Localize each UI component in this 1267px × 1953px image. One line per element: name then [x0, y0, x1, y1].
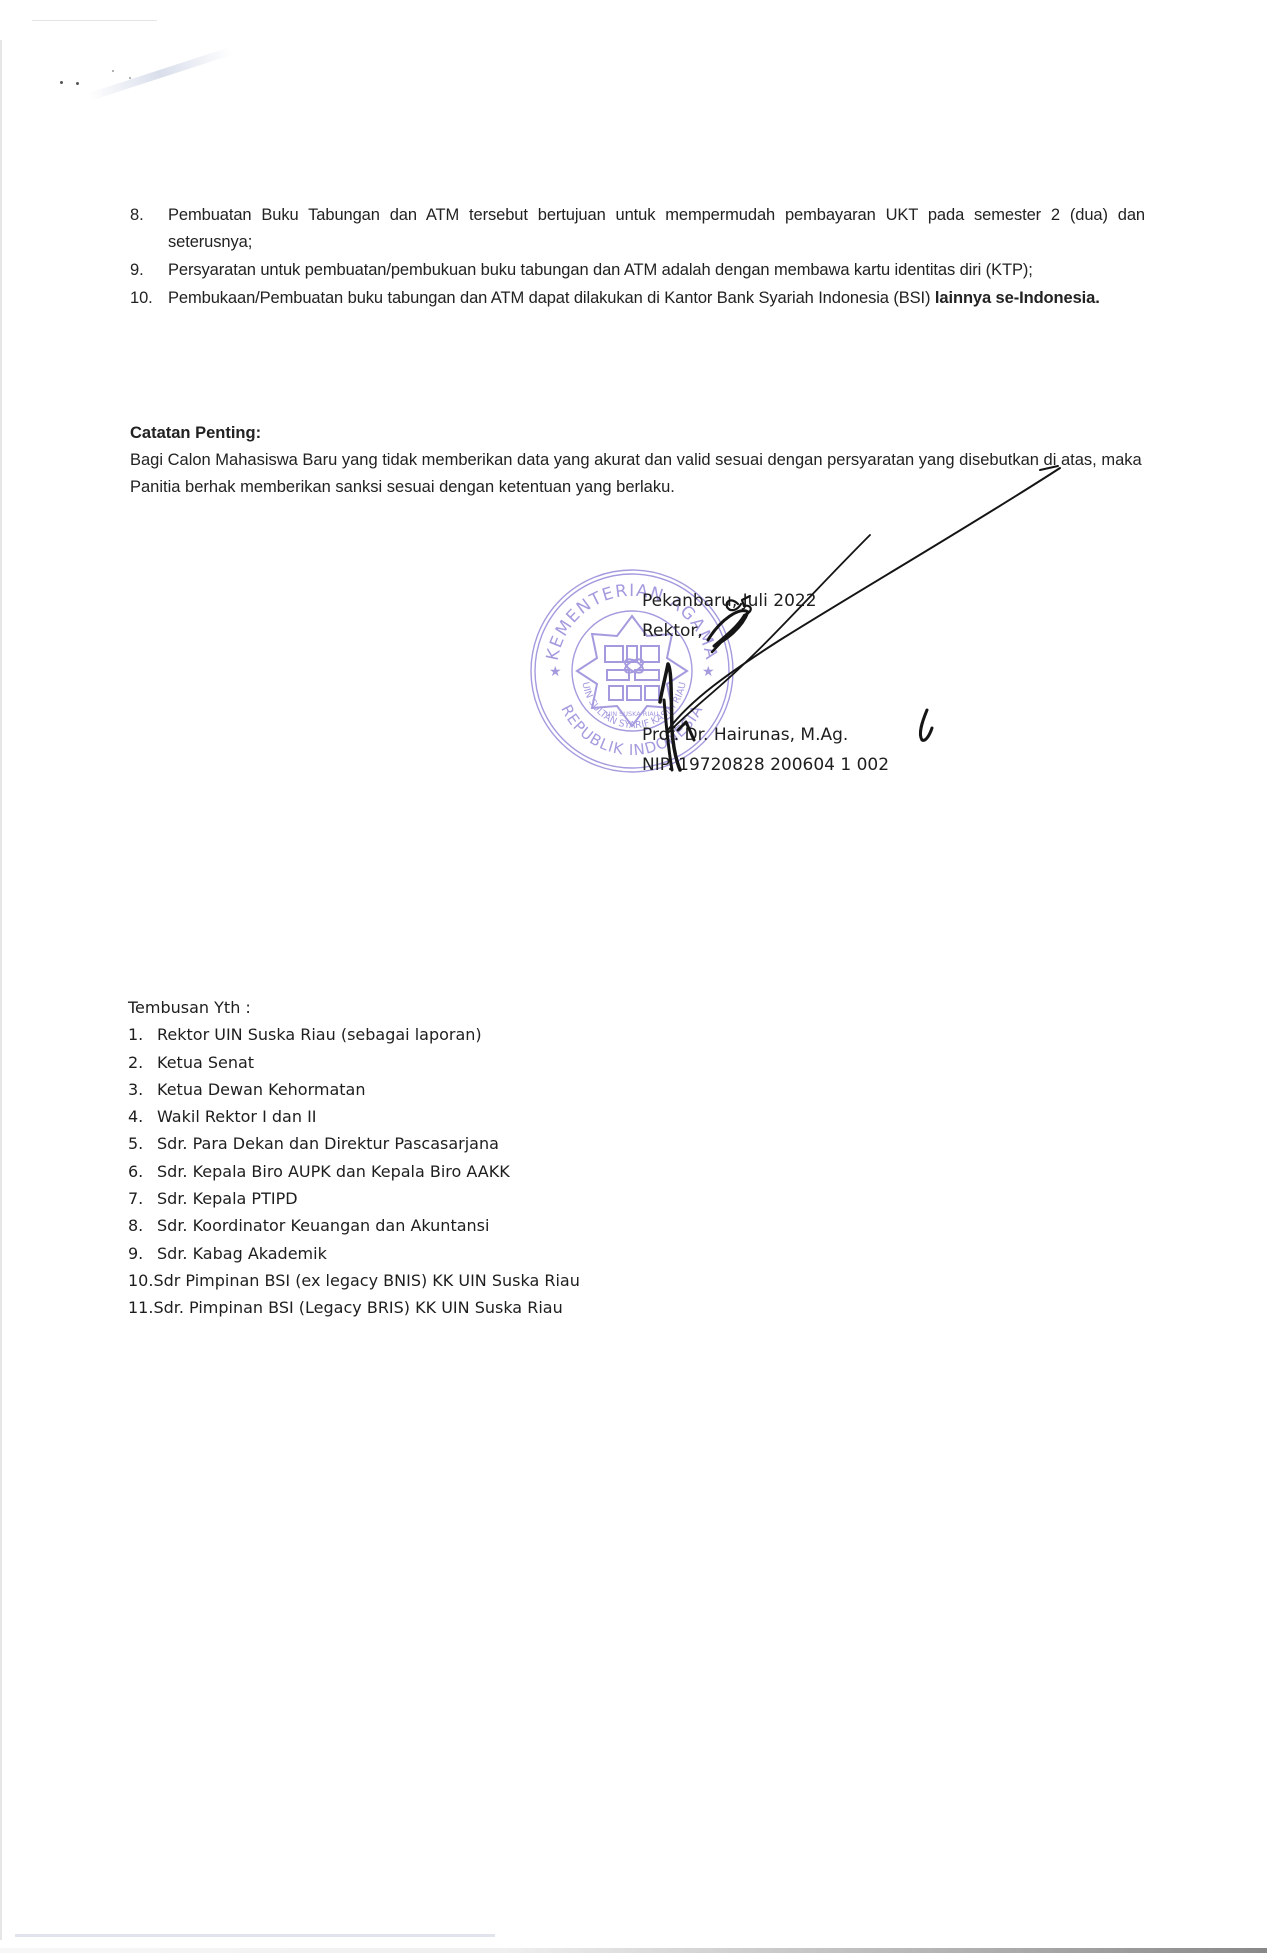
note-title: Catatan Penting: [130, 420, 1145, 447]
cc-list-item: 2. Ketua Senat [128, 1049, 580, 1076]
cc-item-number: 4. [128, 1103, 157, 1130]
cc-item-number: 5. [128, 1130, 157, 1157]
cc-item-number: 9. [128, 1240, 157, 1267]
cc-list-item: 10. Sdr Pimpinan BSI (ex legacy BNIS) KK… [128, 1267, 580, 1294]
cc-item-text: Sdr. Koordinator Keuangan dan Akuntansi [157, 1212, 489, 1239]
cc-item-text: Rektor UIN Suska Riau (sebagai laporan) [157, 1021, 482, 1048]
cc-item-text: Wakil Rektor I dan II [157, 1103, 317, 1130]
cc-item-text: Sdr. Kepala PTIPD [157, 1185, 298, 1212]
scan-smudge [15, 1934, 495, 1937]
scan-edge [0, 40, 2, 1940]
carbon-copy-section: Tembusan Yth : 1. Rektor UIN Suska Riau … [128, 994, 580, 1322]
list-item-text: Pembuatan Buku Tabungan dan ATM tersebut… [168, 202, 1145, 256]
cc-item-number: 11. [128, 1294, 153, 1321]
cc-list-item: 9. Sdr. Kabag Akademik [128, 1240, 580, 1267]
list-item-text: Persyaratan untuk pembuatan/pembukuan bu… [168, 257, 1145, 284]
requirements-list: 8. Pembuatan Buku Tabungan dan ATM terse… [130, 202, 1145, 313]
cc-list-item: 11. Sdr. Pimpinan BSI (Legacy BRIS) KK U… [128, 1294, 580, 1321]
stamp-star-icon: ★ [549, 664, 562, 680]
list-item: 9. Persyaratan untuk pembuatan/pembukuan… [130, 257, 1145, 284]
list-item: 8. Pembuatan Buku Tabungan dan ATM terse… [130, 202, 1145, 256]
cc-list-item: 7. Sdr. Kepala PTIPD [128, 1185, 580, 1212]
cc-item-text: Ketua Senat [157, 1049, 254, 1076]
scan-speck [60, 81, 63, 84]
cc-list-item: 1. Rektor UIN Suska Riau (sebagai lapora… [128, 1021, 580, 1048]
scan-smudge [87, 47, 232, 101]
cc-item-number: 3. [128, 1076, 157, 1103]
cc-item-text: Ketua Dewan Kehormatan [157, 1076, 366, 1103]
stamp-caption: UIN SUSKA RIAU [606, 710, 659, 718]
list-item-number: 10. [130, 285, 168, 312]
scan-speck [76, 82, 79, 85]
cc-item-text: Sdr. Pimpinan BSI (Legacy BRIS) KK UIN S… [153, 1294, 562, 1321]
scan-speck [112, 70, 114, 72]
list-item-number: 9. [130, 257, 168, 284]
scan-edge [0, 1948, 1267, 1953]
scan-artifact [32, 20, 157, 21]
stamp-star-icon: ★ [702, 664, 715, 680]
cc-item-number: 10. [128, 1267, 153, 1294]
cc-item-text: Sdr. Kabag Akademik [157, 1240, 327, 1267]
cc-list-item: 5. Sdr. Para Dekan dan Direktur Pascasar… [128, 1130, 580, 1157]
cc-item-text: Sdr Pimpinan BSI (ex legacy BNIS) KK UIN… [153, 1267, 579, 1294]
cc-item-text: Sdr. Kepala Biro AUPK dan Kepala Biro AA… [157, 1158, 510, 1185]
cc-list-item: 8. Sdr. Koordinator Keuangan dan Akuntan… [128, 1212, 580, 1239]
document-page: 8. Pembuatan Buku Tabungan dan ATM terse… [0, 0, 1267, 1953]
signatory-nip: NIP. 19720828 200604 1 002 [642, 750, 889, 780]
list-item-text: Pembukaan/Pembuatan buku tabungan dan AT… [168, 285, 1145, 312]
cc-item-number: 8. [128, 1212, 157, 1239]
cc-list-item: 6. Sdr. Kepala Biro AUPK dan Kepala Biro… [128, 1158, 580, 1185]
carbon-copy-title: Tembusan Yth : [128, 994, 580, 1021]
cc-list-item: 3. Ketua Dewan Kehormatan [128, 1076, 580, 1103]
note-body: Bagi Calon Mahasiswa Baru yang tidak mem… [130, 447, 1145, 501]
cc-item-number: 1. [128, 1021, 157, 1048]
cc-item-number: 2. [128, 1049, 157, 1076]
signatory-name: Prof. Dr. Hairunas, M.Ag. [642, 720, 848, 750]
list-item-bold-text: lainnya se-Indonesia. [935, 289, 1100, 307]
cc-list-item: 4. Wakil Rektor I dan II [128, 1103, 580, 1130]
cc-item-number: 6. [128, 1158, 157, 1185]
cc-item-text: Sdr. Para Dekan dan Direktur Pascasarjan… [157, 1130, 499, 1157]
important-note: Catatan Penting: Bagi Calon Mahasiswa Ba… [130, 420, 1145, 501]
list-item: 10. Pembukaan/Pembuatan buku tabungan da… [130, 285, 1145, 312]
cc-item-number: 7. [128, 1185, 157, 1212]
place-date: Pekanbaru, Juli 2022 [642, 586, 817, 616]
signatory-position: Rektor, [642, 616, 703, 646]
list-item-number: 8. [130, 202, 168, 256]
